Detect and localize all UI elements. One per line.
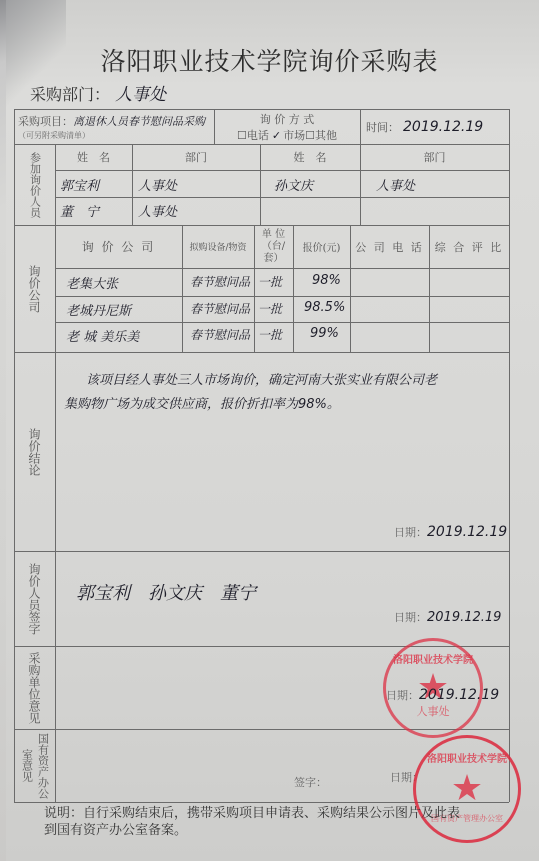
quotes-header-phone: 公 司 电 话 — [350, 225, 429, 268]
footer-note: 说明：自行采购结束后，携带采购项目申请表、采购结果公示图片及此表到国有资产办公室… — [44, 805, 464, 839]
quotes-header-item: 拟购设备/物资 — [182, 225, 254, 268]
checkbox-phone[interactable]: ☐ — [237, 129, 247, 142]
asset-office-section-label: 国有资产办公室意见 — [14, 729, 55, 802]
document-title: 洛阳职业技术学院询价采购表 — [0, 42, 539, 78]
signatures-date: 日期：2019.12.19 — [394, 609, 501, 625]
procurement-form-table: 采购项目： 离退休人员春节慰问品采购 （可另附采购清单） 询 价 方 式 ☐电话… — [14, 109, 509, 802]
quote-company: 老 城 美乐美 — [66, 326, 139, 345]
signatures-names: 郭宝利 孙文庆 董宁 — [76, 579, 256, 605]
participant-name: 董 宁 — [60, 201, 99, 220]
participant-name: 郭宝利 — [60, 175, 99, 194]
time-label: 时间： — [366, 119, 399, 135]
conclusion-text-line-1: 该项目经人事处三人市场询价，确定河南大张实业有限公司老 — [86, 369, 437, 388]
participant-dept: 人事处 — [376, 175, 415, 194]
participants-header-name-2: 姓 名 — [260, 144, 360, 170]
time-field: 时间： 2019.12.19 — [366, 109, 506, 144]
checkbox-other[interactable]: ☐ — [305, 129, 315, 142]
time-value: 2019.12.19 — [403, 119, 483, 135]
participants-section-label: 参加询价人员 — [14, 144, 55, 225]
quote-item: 春节慰问品 — [190, 326, 250, 343]
quote-company: 老集大张 — [66, 273, 118, 292]
project-note: （可另附采购清单） — [18, 129, 138, 141]
quote-item: 春节慰问品 — [190, 300, 250, 317]
quote-price: 98% — [312, 273, 341, 288]
conclusion-section-label: 询价结论 — [14, 352, 55, 551]
quote-company: 老城丹尼斯 — [66, 300, 131, 319]
department-value: 人事处 — [115, 85, 166, 105]
department-line: 采购部门： 人事处 — [30, 80, 166, 105]
stamp-star-icon: ★ — [451, 771, 483, 807]
method-options: ☐电话 ✓市场 ☐其他 — [214, 127, 360, 143]
quotes-header-unit: 单 位（台/套） — [254, 225, 293, 268]
project-value: 离退休人员春节慰问品采购 — [73, 113, 205, 129]
unit-opinion-section-label: 采购单位意见 — [14, 646, 55, 729]
participant-dept: 人事处 — [138, 201, 177, 220]
quotes-section-label: 询价公司 — [14, 225, 55, 352]
quote-unit: 一批 — [258, 300, 282, 317]
conclusion-date: 日期：2019.12.19 — [394, 524, 507, 540]
quote-unit: 一批 — [258, 273, 282, 290]
project-label: 采购项目： — [18, 113, 73, 129]
signatures-section-label: 询价人员签字 — [14, 551, 55, 646]
checkbox-market[interactable]: ✓ — [272, 129, 281, 142]
quotes-header-price: 报价(元) — [293, 225, 350, 268]
participants-header-name-1: 姓 名 — [55, 144, 132, 170]
quote-price: 98.5% — [304, 300, 345, 315]
quotes-header-rating: 综 合 评 比 — [429, 225, 509, 268]
quote-item: 春节慰问品 — [190, 273, 250, 290]
quote-price: 99% — [310, 326, 339, 341]
project-field: 采购项目： 离退休人员春节慰问品采购 — [18, 112, 214, 130]
unit-opinion-date: 日期：2019.12.19 — [386, 687, 499, 703]
participants-header-dept-1: 部门 — [132, 144, 260, 170]
quotes-header-company: 询 价 公 司 — [55, 225, 182, 268]
participants-header-dept-2: 部门 — [360, 144, 509, 170]
participant-dept: 人事处 — [138, 175, 177, 194]
method-label: 询 价 方 式 — [214, 111, 360, 127]
participant-name: 孙文庆 — [274, 175, 313, 194]
quote-unit: 一批 — [258, 326, 282, 343]
asset-office-sign-label: 签字： — [294, 774, 327, 790]
conclusion-text-line-2: 集购物广场为成交供应商，报价折扣率为98%。 — [64, 393, 340, 412]
department-label: 采购部门： — [30, 85, 110, 104]
